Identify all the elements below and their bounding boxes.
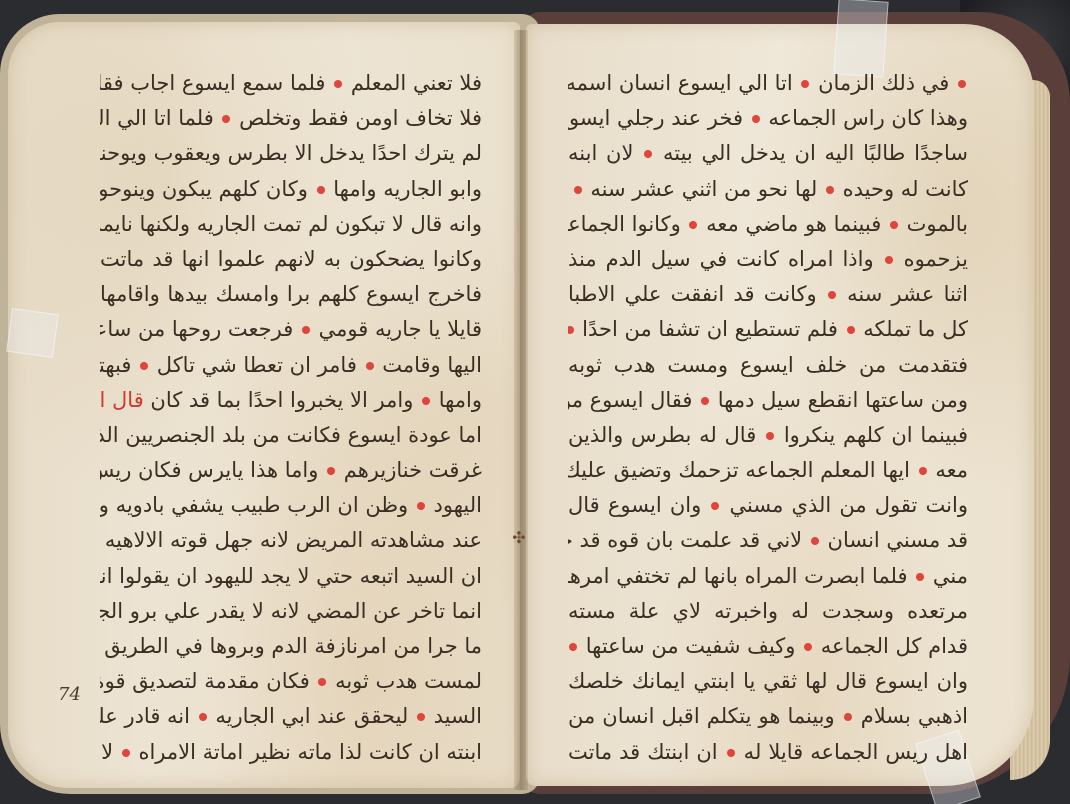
red-verse-dot-icon <box>844 713 852 721</box>
manuscript-line: اهل ريس الجماعه قايلا له ان ابنتك قد مات… <box>568 735 968 770</box>
red-verse-dot-icon <box>302 326 310 334</box>
red-verse-dot-icon <box>701 397 709 405</box>
red-verse-dot-icon <box>568 326 574 334</box>
manuscript-line: ابنته ان كانت لذا ماته نظير اماتة الامرا… <box>100 735 482 770</box>
manuscript-line: فلا تعني المعلم فلما سمع ايسوع اجاب فقال… <box>100 66 482 101</box>
manuscript-line: ساجدًا طالبًا اليه ان يدخل الي بيته لان … <box>568 136 968 171</box>
red-verse-dot-icon <box>574 186 582 194</box>
manuscript-line: قد مسني انسان لاني قد علمت بان قوه قد خر… <box>568 523 968 558</box>
red-verse-dot-icon <box>711 502 719 510</box>
manuscript-line: ومن ساعتها انقطع سيل دمها فقال ايسوع من <box>568 383 968 418</box>
red-verse-dot-icon <box>417 502 425 510</box>
manuscript-line: لمست هدب ثوبه فكان مقدمة لتصديق قوة <box>100 664 482 699</box>
book-gutter <box>514 30 528 790</box>
manuscript-line: وانت تقول من الذي مسني وان ايسوع قال <box>568 488 968 523</box>
manuscript-line: وانه قال لا تبكون لم تمت الجاريه ولكنها … <box>100 207 482 242</box>
manuscript-line: اليهود وظن ان الرب طبيب يشفي بادويه وعقا… <box>100 488 482 523</box>
red-verse-dot-icon <box>811 537 819 545</box>
tape-strip-left <box>6 308 59 358</box>
manuscript-line: عند مشاهدته المريض لانه جهل قوته الالاهي… <box>100 523 482 558</box>
manuscript-line: مني فلما ابصرت المراه بانها لم تختفي امر… <box>568 559 968 594</box>
red-verse-dot-icon <box>828 291 836 299</box>
manuscript-line: معه ايها المعلم الجماعه تزحمك وتضيق عليك <box>568 453 968 488</box>
red-verse-dot-icon <box>122 749 130 757</box>
manuscript-line: كانت له وحيده لها نحو من اثني عشر سنه وك… <box>568 172 968 207</box>
red-verse-dot-icon <box>327 467 335 475</box>
red-verse-dot-icon <box>847 326 855 334</box>
manuscript-line: قدام كل الجماعه وكيف شفيت من ساعتها <box>568 629 968 664</box>
red-verse-dot-icon <box>222 115 230 123</box>
folio-number: 74 <box>58 684 81 705</box>
manuscript-line: وكانوا يضحكون به لانهم علموا انها قد مات… <box>100 242 482 277</box>
red-verse-dot-icon <box>366 362 374 370</box>
red-verse-dot-icon <box>916 573 924 581</box>
red-verse-dot-icon <box>890 221 898 229</box>
red-verse-dot-icon <box>727 749 735 757</box>
red-verse-dot-icon <box>140 362 148 370</box>
manuscript-line: قايلا يا جاريه قومي فرجعت روحها من ساعته… <box>100 312 482 347</box>
left-page-text: فلا تعني المعلم فلما سمع ايسوع اجاب فقال… <box>100 66 482 770</box>
red-verse-dot-icon <box>317 186 325 194</box>
manuscript-line: كل ما تملكه فلم تستطيع ان تشفا من احدًا <box>568 312 968 347</box>
red-verse-dot-icon <box>826 186 834 194</box>
manuscript-line: وابو الجاريه وامها وكان كلهم يبكون وينوح… <box>100 172 482 207</box>
red-verse-dot-icon <box>689 221 697 229</box>
manuscript-line: فتقدمت من خلف ايسوع ومست هدب ثوبه <box>568 348 968 383</box>
right-page-text: في ذلك الزمان اتا الي ايسوع انسان اسمه ي… <box>568 66 968 770</box>
manuscript-line: اما عودة ايسوع فكانت من بلد الجنصريين ال… <box>100 418 482 453</box>
manuscript-line-text: وامها وامر الا يخبروا احدًا بما قد كان <box>150 388 482 412</box>
manuscript-line: بالموت فبينما هو ماضي معه وكانوا الجماعه <box>568 207 968 242</box>
manuscript-line: السيد ليحقق عند ابي الجاريه انه قادر علي… <box>100 699 482 734</box>
manuscript-line: غرقت خنازيرهم واما هذا يايرس فكان ريس عل… <box>100 453 482 488</box>
manuscript-line: ان السيد اتبعه حتي لا يجد لليهود ان يقول… <box>100 559 482 594</box>
red-verse-dot-icon <box>801 80 809 88</box>
manuscript-line: فلا تخاف اومن فقط وتخلص فلما اتا الي الب… <box>100 101 482 136</box>
red-verse-dot-icon <box>766 432 774 440</box>
red-verse-dot-icon <box>644 150 652 158</box>
manuscript-line: فبينما ان كلهم ينكروا قال له بطرس والذين <box>568 418 968 453</box>
manuscript-line: انما تاخر عن المضي لانه لا يقدر علي برو … <box>100 594 482 629</box>
red-verse-dot-icon <box>422 397 430 405</box>
red-verse-dot-icon <box>318 678 326 686</box>
manuscript-line: ما جرا من امرنازفة الدم وبروها في الطريق… <box>100 629 482 664</box>
manuscript-line: يزحموه واذا امراه كانت في سيل الدم منذ <box>568 242 968 277</box>
manuscript-line: وهذا كان راس الجماعه فخر عند رجلي ايسوع <box>568 101 968 136</box>
red-verse-dot-icon <box>885 256 893 264</box>
red-verse-dot-icon <box>334 80 342 88</box>
rubric-heading: قال المفسر <box>100 388 144 412</box>
red-verse-dot-icon <box>752 115 760 123</box>
manuscript-line: مرتعده وسجدت له واخبرته لاي علة مسته <box>568 594 968 629</box>
manuscript-line: اثنا عشر سنه وكانت قد انفقت علي الاطبا <box>568 277 968 312</box>
red-verse-dot-icon <box>569 643 577 651</box>
manuscript-line-with-rubric: وامها وامر الا يخبروا احدًا بما قد كان ق… <box>100 383 482 418</box>
manuscript-line: لم يترك احدًا يدخل الا بطرس ويعقوب ويوحن… <box>100 136 482 171</box>
red-verse-dot-icon <box>199 713 207 721</box>
manuscript-line: اذهبي بسلام وبينما هو يتكلم اقبل انسان م… <box>568 699 968 734</box>
manuscript-line: فاخرج ايسوع كلهم برا وامسك بيدها واقامها <box>100 277 482 312</box>
red-verse-dot-icon <box>417 713 425 721</box>
manuscript-line: في ذلك الزمان اتا الي ايسوع انسان اسمه ي… <box>568 66 968 101</box>
manuscript-line: اليها وقامت فامر ان تعطا شي تاكل فبهتوا … <box>100 348 482 383</box>
red-verse-dot-icon <box>919 467 927 475</box>
manuscript-line: وان ايسوع قال لها ثقي يا ابنتي ايمانك خل… <box>568 664 968 699</box>
binding-thread-icon: ✣ <box>508 528 530 548</box>
red-verse-dot-icon <box>958 80 966 88</box>
red-verse-dot-icon <box>804 643 812 651</box>
